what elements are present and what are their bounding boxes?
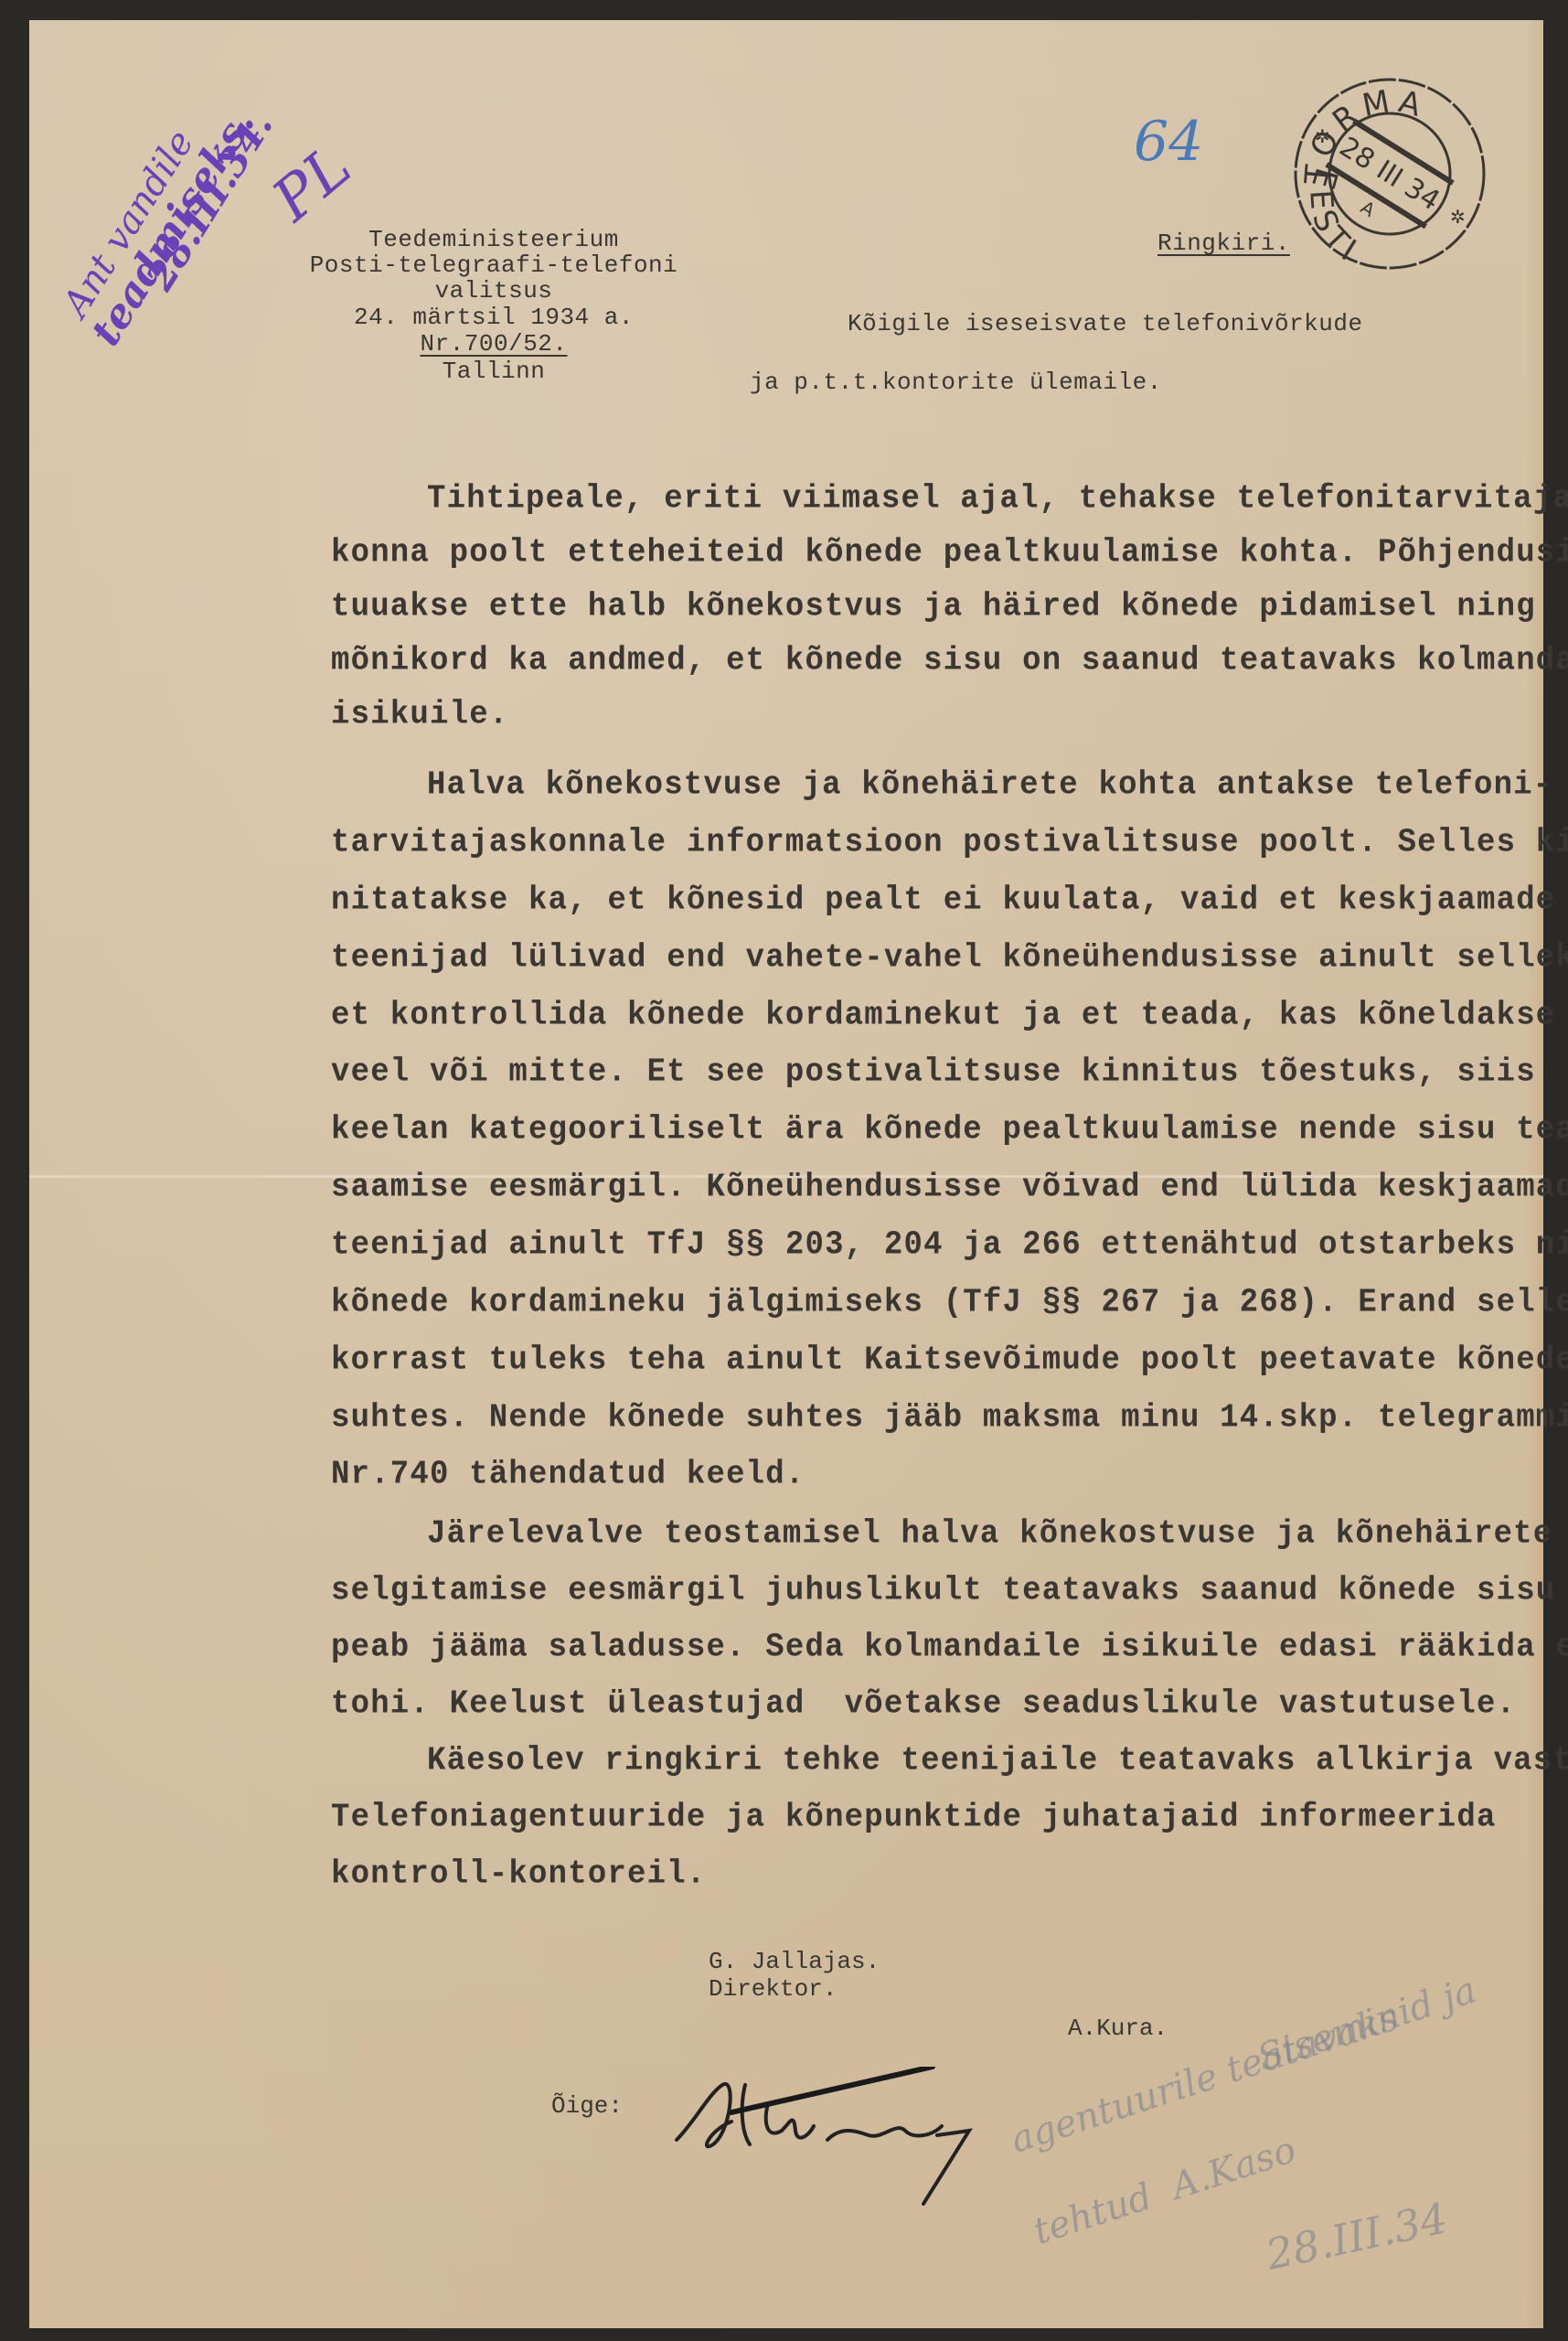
certified-label: Õige: <box>551 2092 623 2120</box>
signer-name: G. Jallajas. <box>709 1948 880 1975</box>
body-line: tohi. Keelust üleastujad võetakse seadus… <box>331 1686 1516 1723</box>
body-line: Nr.740 tähendatud keeld. <box>331 1457 805 1493</box>
svg-text:✲: ✲ <box>1450 206 1466 228</box>
body-line: kõnede kordamineku jälgimiseks (TfJ §§ 2… <box>331 1285 1568 1321</box>
body-line: saamise eesmärgil. Kõneühendusisse võiva… <box>331 1170 1568 1206</box>
body-line: isikuile. <box>331 697 508 733</box>
body-line: kontroll-kontoreil. <box>331 1856 706 1893</box>
postmark-stamp: 28 III 34 A TORMA EESTI ✲ ✲ <box>1291 75 1492 276</box>
body-line: mõnikord ka andmed, et kõnede sisu on sa… <box>331 643 1568 679</box>
body-line: teenijad ainult TfJ §§ 203, 204 ja 266 e… <box>331 1227 1568 1264</box>
handwritten-signature-icon <box>658 2067 1042 2213</box>
svg-text:✲: ✲ <box>1315 125 1330 147</box>
body-line: selgitamise eesmärgil juhuslikult teatav… <box>331 1573 1555 1609</box>
department-name: Posti-telegraafi-telefoni <box>219 252 768 278</box>
body-line: korrast tuleks teha ainult Kaitsevõimude… <box>331 1342 1568 1379</box>
cosigner-name: A.Kura. <box>1068 2015 1168 2042</box>
ministry-name: Teedeministeerium <box>311 227 677 252</box>
body-line: et kontrollida kõnede kordaminekut ja et… <box>331 998 1555 1034</box>
postmark-icon: 28 III 34 A TORMA EESTI ✲ ✲ <box>1291 75 1492 276</box>
body-line: Telefoniagentuuride ja kõnepunktide juha… <box>331 1800 1497 1836</box>
body-line: Järelevalve teostamisel halva kõnekostvu… <box>427 1516 1552 1553</box>
body-line: Käesolev ringkiri tehke teenijaile teata… <box>427 1743 1568 1780</box>
body-line: teenijad lülivad end vahete-vahel kõneüh… <box>331 940 1568 977</box>
addressee-line-2: ja p.t.t.kontorite ülemaile. <box>750 369 1162 395</box>
signer-role: Direktor. <box>709 1975 837 2003</box>
svg-text:EESTI: EESTI <box>1302 164 1367 272</box>
body-line: suhtes. Nende kõnede suhtes jääb maksma … <box>331 1400 1568 1437</box>
body-line: tuuakse ette halb kõnekostvus ja häired … <box>331 589 1536 625</box>
body-line: nitatakse ka, et kõnesid pealt ei kuulat… <box>331 882 1555 919</box>
svg-text:A: A <box>1357 196 1380 221</box>
body-line: peab jääma saladusse. Seda kolmandaile i… <box>331 1630 1568 1666</box>
body-line: keelan kategooriliselt ära kõnede pealtk… <box>331 1112 1568 1149</box>
document-title: Ringkiri. <box>1157 230 1290 256</box>
document-number: Nr.700/52. <box>311 331 677 357</box>
body-line: Halva kõnekostvuse ja kõnehäirete kohta … <box>427 767 1552 804</box>
body-line: Tihtipeale, eriti viimasel ajal, tehakse… <box>427 481 1568 518</box>
document-place: Tallinn <box>311 358 677 384</box>
body-line: tarvitajaskonnale informatsioon postival… <box>331 825 1568 861</box>
body-line: veel või mitte. Et see postivalitsuse ki… <box>331 1054 1536 1091</box>
blue-archive-number: 64 <box>1134 110 1203 174</box>
document-date: 24. märtsil 1934 a. <box>219 305 768 330</box>
body-line: konna poolt etteheiteid kõnede pealtkuul… <box>331 535 1568 572</box>
addressee-line-1: Kõigile iseseisvate telefonivõrkude <box>848 311 1363 337</box>
department-name-cont: valitsus <box>311 278 677 304</box>
